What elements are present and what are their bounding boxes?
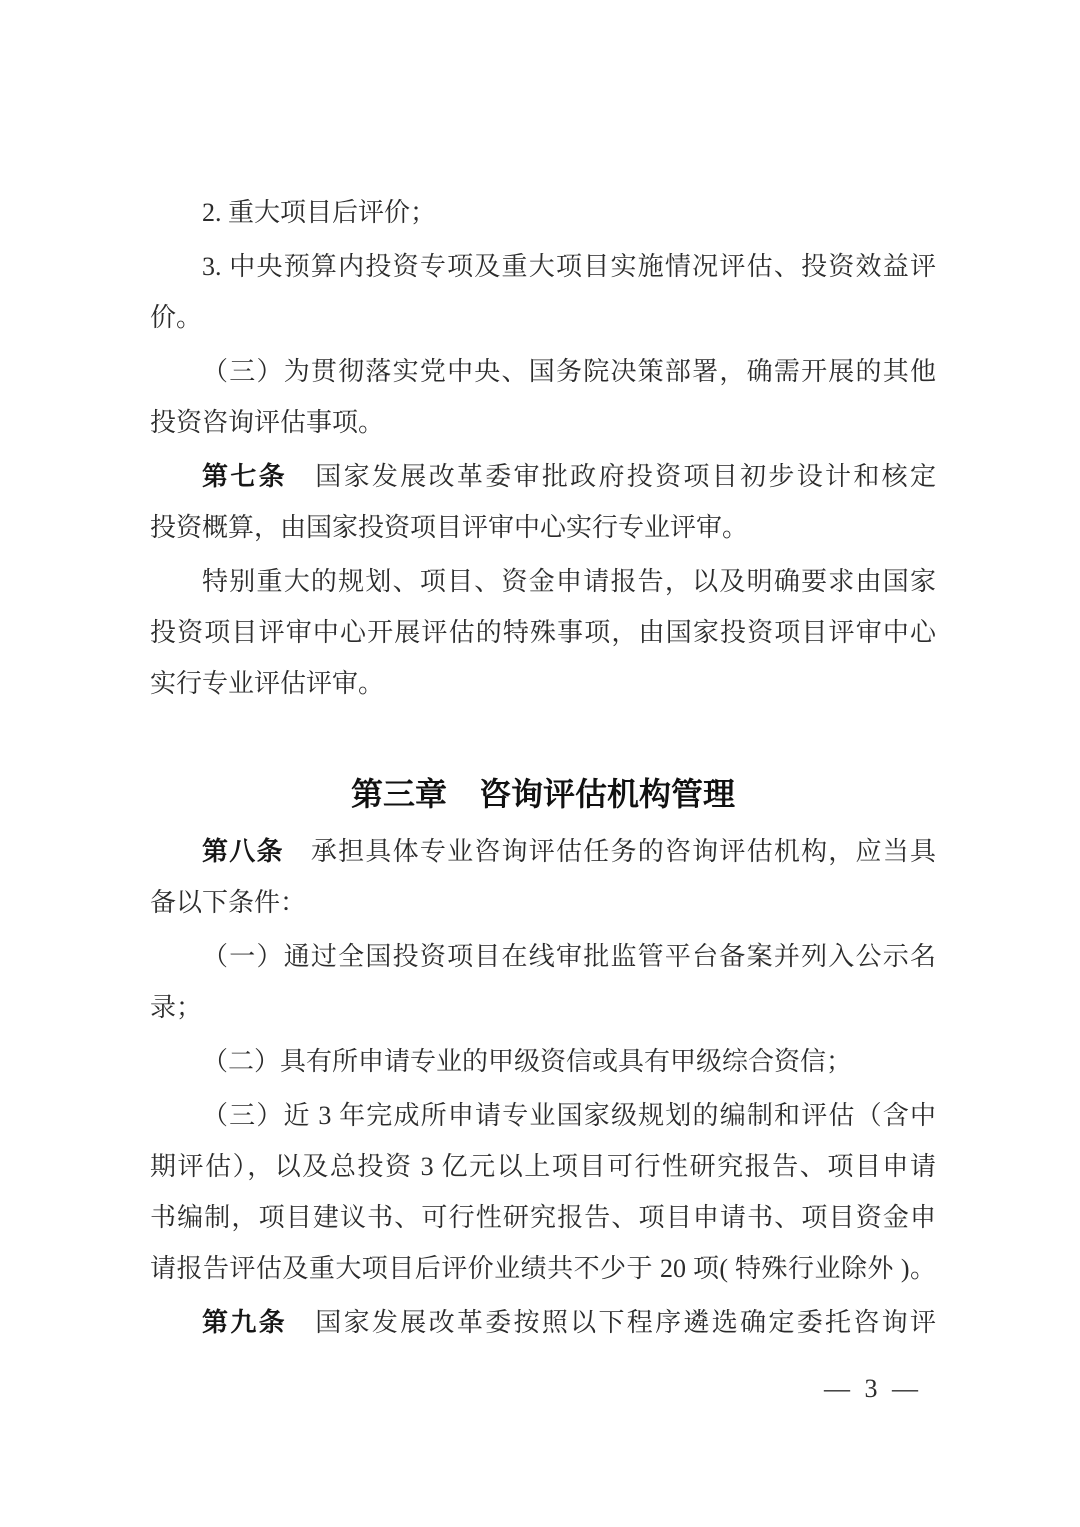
page-number: — 3 — (824, 1372, 922, 1406)
text-run: （二）具有所申请专业的甲级资信或具有甲级综合资信； (202, 1047, 852, 1076)
document-content: 2. 重大项目后评价；3. 中央预算内投资专项及重大项目实施情况评估、投资效益评… (150, 187, 936, 1348)
paragraph: 3. 中央预算内投资专项及重大项目实施情况评估、投资效益评价。 (150, 241, 936, 343)
text-line: 第七条 国家发展改革委审批政府投资项目初步设计和核定 (150, 451, 936, 502)
bold-text-run: 第三章 咨询评估机构管理 (351, 776, 735, 812)
text-line: 请报告评估及重大项目后评价业绩共不少于 20 项( 特殊行业除外 )。 (150, 1243, 936, 1294)
text-run: 请报告评估及重大项目后评价业绩共不少于 20 项( 特殊行业除外 )。 (150, 1254, 936, 1283)
text-run: 投资概算，由国家投资项目评审中心实行专业评审。 (150, 513, 748, 542)
chapter-heading: 第三章 咨询评估机构管理 (150, 766, 936, 822)
text-run: 实行专业评估评审。 (150, 669, 384, 698)
bold-text-run: 第七条 (202, 461, 287, 491)
text-run: 期评估），以及总投资 3 亿元以上项目可行性研究报告、项目申请 (150, 1152, 936, 1181)
text-line: （一）通过全国投资项目在线审批监管平台备案并列入公示名 (150, 931, 936, 982)
text-line: 价。 (150, 292, 936, 343)
text-line: （二）具有所申请专业的甲级资信或具有甲级综合资信； (150, 1036, 936, 1087)
text-run: （一）通过全国投资项目在线审批监管平台备案并列入公示名 (202, 942, 936, 971)
text-line: 第八条 承担具体专业咨询评估任务的咨询评估机构，应当具 (150, 826, 936, 877)
text-line: 第九条 国家发展改革委按照以下程序遴选确定委托咨询评 (150, 1297, 936, 1348)
text-run: 国家发展改革委审批政府投资项目初步设计和核定 (287, 462, 936, 491)
text-line: 投资概算，由国家投资项目评审中心实行专业评审。 (150, 502, 936, 553)
text-run: 投资咨询评估事项。 (150, 408, 384, 437)
text-line: （三）为贯彻落实党中央、国务院决策部署，确需开展的其他 (150, 346, 936, 397)
text-run: （三）近 3 年完成所申请专业国家级规划的编制和评估（含中 (202, 1101, 936, 1130)
text-run: 录； (150, 993, 202, 1022)
text-run: （三）为贯彻落实党中央、国务院决策部署，确需开展的其他 (202, 357, 936, 386)
text-run: 3. 中央预算内投资专项及重大项目实施情况评估、投资效益评 (202, 252, 936, 281)
paragraph: 第七条 国家发展改革委审批政府投资项目初步设计和核定投资概算，由国家投资项目评审… (150, 451, 936, 553)
text-run: 书编制，项目建议书、可行性研究报告、项目申请书、项目资金申 (150, 1203, 936, 1232)
paragraph: （三）近 3 年完成所申请专业国家级规划的编制和评估（含中期评估），以及总投资 … (150, 1090, 936, 1294)
bold-text-run: 第九条 (202, 1307, 287, 1337)
document-page: 2. 重大项目后评价；3. 中央预算内投资专项及重大项目实施情况评估、投资效益评… (0, 0, 1080, 1527)
text-line: 实行专业评估评审。 (150, 658, 936, 709)
text-line: 特别重大的规划、项目、资金申请报告，以及明确要求由国家 (150, 556, 936, 607)
paragraph: （二）具有所申请专业的甲级资信或具有甲级综合资信； (150, 1036, 936, 1087)
text-line: 备以下条件： (150, 877, 936, 928)
text-line: 2. 重大项目后评价； (150, 187, 936, 238)
paragraph: （一）通过全国投资项目在线审批监管平台备案并列入公示名录； (150, 931, 936, 1033)
bold-text-run: 第八条 (202, 836, 284, 866)
paragraph: 特别重大的规划、项目、资金申请报告，以及明确要求由国家投资项目评审中心开展评估的… (150, 556, 936, 709)
text-run: 特别重大的规划、项目、资金申请报告，以及明确要求由国家 (202, 567, 936, 596)
text-line: 第三章 咨询评估机构管理 (150, 766, 936, 822)
paragraph: 2. 重大项目后评价； (150, 187, 936, 238)
text-run: 投资项目评审中心开展评估的特殊事项，由国家投资项目评审中心 (150, 618, 936, 647)
text-line: 投资咨询评估事项。 (150, 397, 936, 448)
text-line: 录； (150, 982, 936, 1033)
text-run: 备以下条件： (150, 888, 306, 917)
text-line: 书编制，项目建议书、可行性研究报告、项目申请书、项目资金申 (150, 1192, 936, 1243)
text-line: 期评估），以及总投资 3 亿元以上项目可行性研究报告、项目申请 (150, 1141, 936, 1192)
text-run: 2. 重大项目后评价； (202, 198, 436, 227)
paragraph: 第九条 国家发展改革委按照以下程序遴选确定委托咨询评 (150, 1297, 936, 1348)
text-line: （三）近 3 年完成所申请专业国家级规划的编制和评估（含中 (150, 1090, 936, 1141)
text-run: 承担具体专业咨询评估任务的咨询评估机构，应当具 (284, 837, 936, 866)
text-line: 投资项目评审中心开展评估的特殊事项，由国家投资项目评审中心 (150, 607, 936, 658)
paragraph: 第八条 承担具体专业咨询评估任务的咨询评估机构，应当具备以下条件： (150, 826, 936, 928)
text-run: 国家发展改革委按照以下程序遴选确定委托咨询评 (287, 1308, 936, 1337)
text-line: 3. 中央预算内投资专项及重大项目实施情况评估、投资效益评 (150, 241, 936, 292)
text-run: 价。 (150, 303, 202, 332)
paragraph: （三）为贯彻落实党中央、国务院决策部署，确需开展的其他投资咨询评估事项。 (150, 346, 936, 448)
